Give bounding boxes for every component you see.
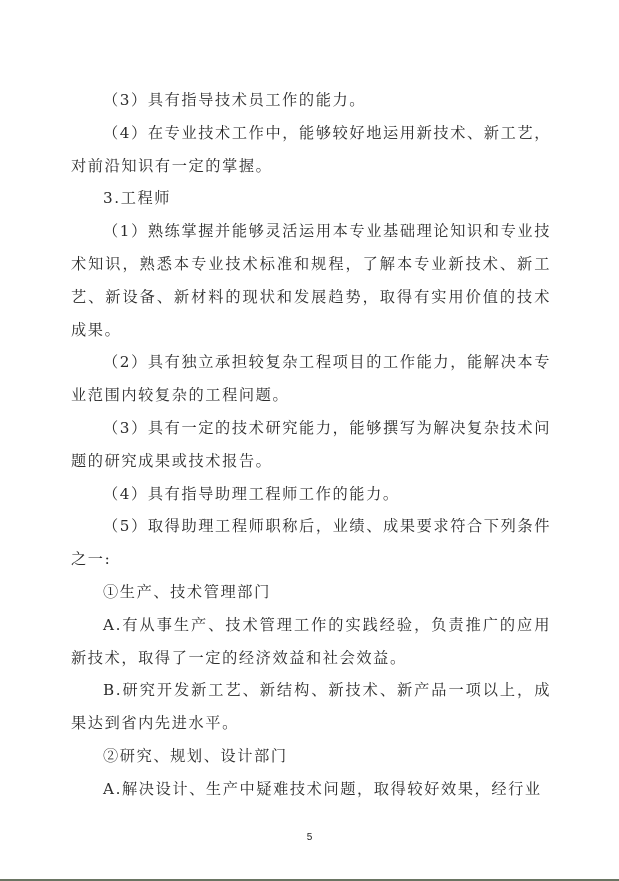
paragraph-engineer-3: （3）具有一定的技术研究能力，能够撰写为解决复杂技术问题的研究成果或技术报告。 [71, 412, 551, 478]
paragraph-item-3-2: （4）在专业技术工作中，能够较好地运用新技术、新工艺，对前沿知识有一定的掌握。 [71, 117, 551, 183]
paragraph-production-a: A.有从事生产、技术管理工作的实践经验，负责推广的应用新技术，取得了一定的经济效… [71, 609, 551, 675]
paragraph-research-a: A.解决设计、生产中疑难技术问题，取得较好效果，经行业 [71, 773, 551, 806]
subheading-production-management: ①生产、技术管理部门 [71, 576, 551, 609]
paragraph-engineer-2: （2）具有独立承担较复杂工程项目的工作能力，能解决本专业范围内较复杂的工程问题。 [71, 346, 551, 412]
document-page: （3）具有指导技术员工作的能力。 （4）在专业技术工作中，能够较好地运用新技术、… [71, 84, 551, 806]
page-number: 5 [0, 832, 619, 843]
paragraph-engineer-4: （4）具有指导助理工程师工作的能力。 [71, 478, 551, 511]
paragraph-engineer-5: （5）取得助理工程师职称后，业绩、成果要求符合下列条件之一: [71, 510, 551, 576]
paragraph-production-b: B.研究开发新工艺、新结构、新技术、新产品一项以上，成果达到省内先进水平。 [71, 674, 551, 740]
paragraph-item-3-1: （3）具有指导技术员工作的能力。 [71, 84, 551, 117]
paragraph-engineer-1: （1）熟练掌握并能够灵活运用本专业基础理论知识和专业技术知识，熟悉本专业技术标准… [71, 215, 551, 346]
subheading-research-design: ②研究、规划、设计部门 [71, 740, 551, 773]
section-heading-engineer: 3.工程师 [71, 182, 551, 215]
